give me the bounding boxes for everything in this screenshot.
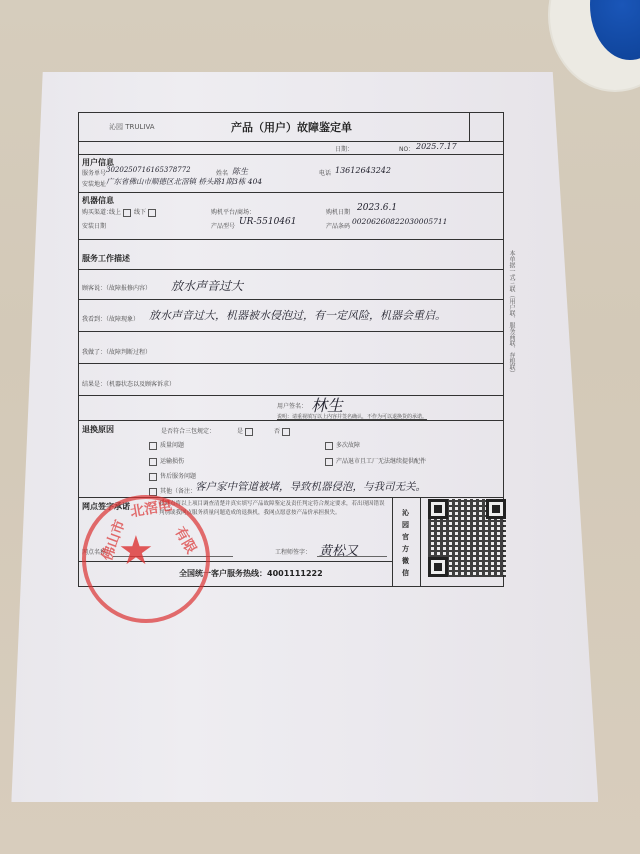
form-title: 产品（用户）故障鉴定单: [231, 119, 352, 135]
install-date-label: 安装日期: [82, 221, 106, 230]
purchase-date-value: 2023.6.1: [357, 203, 397, 213]
phone-label: 电话: [319, 168, 331, 177]
machine-info-heading: 机器信息: [82, 195, 114, 206]
purchase-date-label: 购机日期: [326, 207, 350, 216]
service-no-label: 服务单号: [82, 168, 106, 177]
option-quality[interactable]: 质量问题: [149, 440, 184, 450]
platform-label: 购机平台/商场：: [211, 207, 255, 216]
return-reason-heading: 退换原因: [82, 424, 114, 435]
option-repeated-fault[interactable]: 多次故障: [325, 440, 360, 450]
date-label: 日期：: [335, 144, 353, 153]
option-discontinued[interactable]: 产品退市且工厂无法继续提供配件: [325, 456, 426, 466]
customer-said-label: 顾客说：（故障报修内容）: [82, 283, 151, 292]
i-saw-label: 我看到：（故障现象）: [82, 314, 139, 323]
no-label: NO：: [399, 144, 414, 153]
brand-logo: 沁园 TRULIVA: [109, 122, 155, 132]
qr-finder-tr: [486, 499, 506, 519]
barcode-value: 00206260822030005711: [352, 217, 447, 226]
model-value: UR-5510461: [239, 217, 297, 227]
service-no-value: 3020250716165378772: [106, 166, 191, 174]
barcode-label: 产品条码: [326, 221, 350, 230]
option-transport-damage[interactable]: 运输损伤: [149, 456, 184, 466]
channel-online-option[interactable]: 线上: [109, 207, 134, 217]
engineer-sign-label: 工程师签字：: [275, 547, 311, 556]
wechat-label: 沁园官方微信: [402, 507, 410, 579]
result-label: 结果是：（机器状态以及顾客诉求）: [82, 379, 175, 388]
three-guarantee-label: 是否符合三包规定：: [161, 426, 215, 435]
qr-finder-tl: [428, 499, 448, 519]
three-guarantee-no[interactable]: 否: [274, 426, 293, 436]
three-guarantee-yes[interactable]: 是: [237, 426, 256, 436]
address-value: 广东省佛山市顺德区北滘镇 桥头路1期3栋 404: [106, 176, 262, 187]
model-label: 产品型号: [211, 221, 235, 230]
option-after-sales[interactable]: 售后服务问题: [149, 471, 196, 481]
option-other[interactable]: 其他（备注：: [149, 486, 196, 496]
channel-offline-option[interactable]: 线下: [134, 207, 159, 217]
address-label: 安装地址: [82, 179, 106, 188]
user-sign-label: 用户签名：: [277, 401, 307, 410]
service-note: 说明：请重视填写以上内容并签名确认，不作为可以退换货的承诺。: [277, 413, 427, 420]
other-note-value: 客户家中管道被堵，导致机器侵泡，与我司无关。: [195, 479, 426, 494]
phone-value: 13612643242: [335, 166, 391, 175]
no-value: 2025.7.17: [416, 142, 457, 151]
i-did-label: 我做了：（故障判断过程）: [82, 347, 151, 356]
qr-finder-bl: [428, 557, 448, 577]
service-heading: 服务工作描述: [82, 253, 130, 264]
side-note: 本单据一式三联（用户联、服务商联、存根联）: [506, 250, 516, 376]
form-header: 沁园 TRULIVA 产品（用户）故障鉴定单: [79, 113, 470, 141]
i-saw-value: 放水声音过大，机器被水侵泡过，有一定风险，机器会重启。: [149, 307, 446, 323]
channel-label: 购买渠道：: [82, 207, 112, 216]
customer-said-value: 放水声音过大: [171, 277, 243, 294]
